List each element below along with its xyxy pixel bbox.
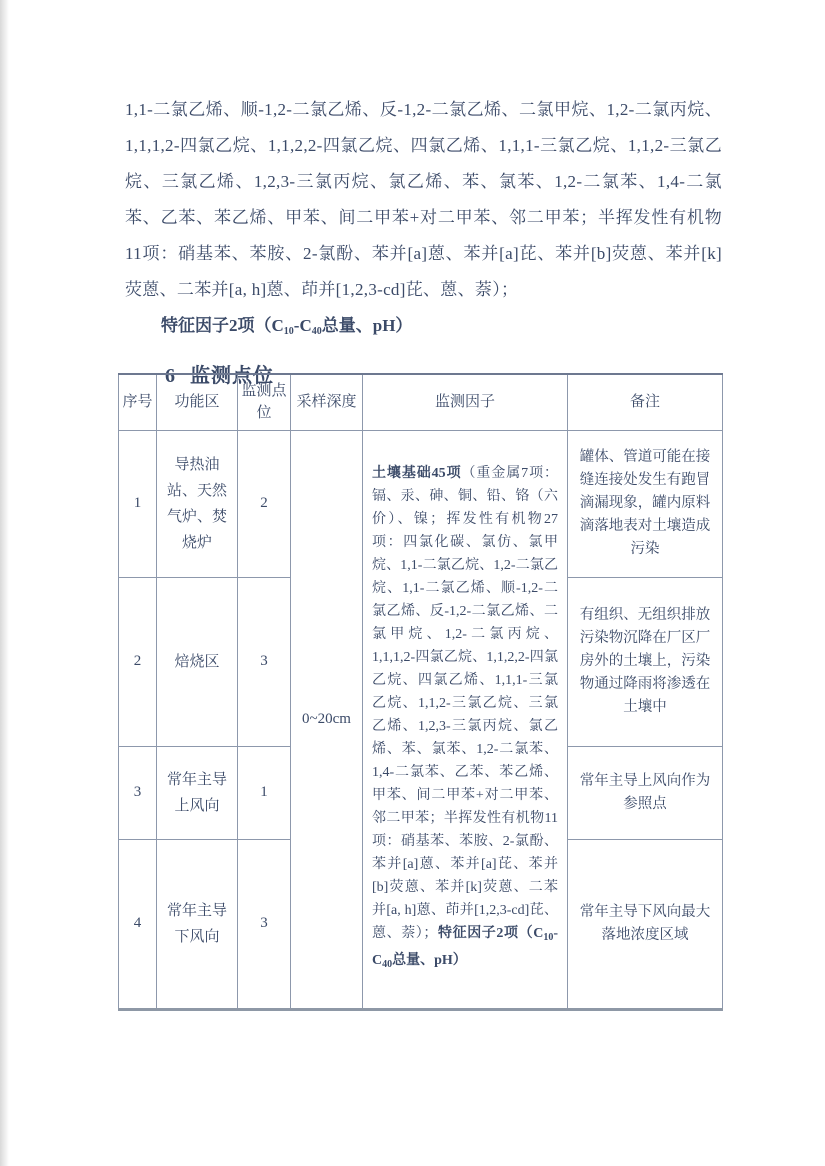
cell-no-3: 3 bbox=[119, 746, 157, 839]
cell-points-2: 3 bbox=[238, 577, 291, 746]
c40-subscript: 40 bbox=[312, 326, 322, 337]
feature-factor-tail: 总量、pH） bbox=[322, 316, 413, 335]
feature-factor-line: 特征因子2项（C10-C40总量、pH） bbox=[125, 308, 722, 350]
document-page: 1,1-二氯乙烯、顺-1,2-二氯乙烯、反-1,2-二氯乙烯、二氯甲烷、1,2-… bbox=[0, 0, 825, 1166]
column-header-no: 序号 bbox=[119, 374, 157, 430]
cell-area-4: 常年主导下风向 bbox=[157, 839, 238, 1009]
voc-list-paragraph: 1,1-二氯乙烯、顺-1,2-二氯乙烯、反-1,2-二氯乙烯、二氯甲烷、1,2-… bbox=[125, 92, 722, 308]
factors-c10-subscript: 10 bbox=[543, 932, 553, 943]
factors-c40-subscript: 40 bbox=[382, 959, 392, 970]
feature-factor-text: 特征因子2项（C bbox=[161, 316, 284, 335]
cell-no-4: 4 bbox=[119, 839, 157, 1009]
cell-remark-3: 常年主导上风向作为参照点 bbox=[568, 746, 723, 839]
column-header-area: 功能区 bbox=[157, 374, 238, 430]
cell-points-1: 2 bbox=[238, 430, 291, 577]
table-row: 1 导热油站、天然气炉、焚烧炉 2 0~20cm 土壤基础45项（重金属7项：镉… bbox=[119, 430, 723, 577]
cell-monitoring-factors: 土壤基础45项（重金属7项：镉、汞、砷、铜、铅、铬（六价）、镍；挥发性有机物27… bbox=[363, 430, 568, 1009]
column-header-factors: 监测因子 bbox=[363, 374, 568, 430]
cell-area-2: 焙烧区 bbox=[157, 577, 238, 746]
cell-points-4: 3 bbox=[238, 839, 291, 1009]
cell-area-3: 常年主导上风向 bbox=[157, 746, 238, 839]
body-text-block: 1,1-二氯乙烯、顺-1,2-二氯乙烯、反-1,2-二氯乙烯、二氯甲烷、1,2-… bbox=[125, 92, 722, 388]
cell-remark-2: 有组织、无组织排放污染物沉降在厂区厂房外的土壤上，污染物通过降雨将渗透在土壤中 bbox=[568, 577, 723, 746]
feature-factor-mid: -C bbox=[294, 316, 312, 335]
monitoring-points-table: 序号 功能区 监测点位 采样深度 监测因子 备注 1 导热油站、天然气炉、焚烧炉… bbox=[118, 373, 723, 1011]
scan-edge-shadow bbox=[0, 0, 9, 1166]
column-header-remark: 备注 bbox=[568, 374, 723, 430]
cell-points-3: 1 bbox=[238, 746, 291, 839]
cell-no-1: 1 bbox=[119, 430, 157, 577]
cell-no-2: 2 bbox=[119, 577, 157, 746]
table-header-row: 序号 功能区 监测点位 采样深度 监测因子 备注 bbox=[119, 374, 723, 430]
column-header-depth: 采样深度 bbox=[291, 374, 363, 430]
c10-subscript: 10 bbox=[284, 326, 294, 337]
cell-remark-1: 罐体、管道可能在接缝连接处发生有跑冒滴漏现象，罐内原料滴落地表对土壤造成污染 bbox=[568, 430, 723, 577]
cell-remark-4: 常年主导下风向最大落地浓度区域 bbox=[568, 839, 723, 1009]
factors-bold-head: 土壤基础45项 bbox=[372, 466, 462, 481]
factors-bold-tail: 特征因子2项（C bbox=[437, 926, 543, 941]
column-header-points: 监测点位 bbox=[238, 374, 291, 430]
cell-sampling-depth: 0~20cm bbox=[291, 430, 363, 1009]
factors-tail-end: 总量、pH） bbox=[392, 953, 467, 968]
cell-area-1: 导热油站、天然气炉、焚烧炉 bbox=[157, 430, 238, 577]
factors-body: （重金属7项：镉、汞、砷、铜、铅、铬（六价）、镍；挥发性有机物27项：四氯化碳、… bbox=[372, 466, 558, 941]
